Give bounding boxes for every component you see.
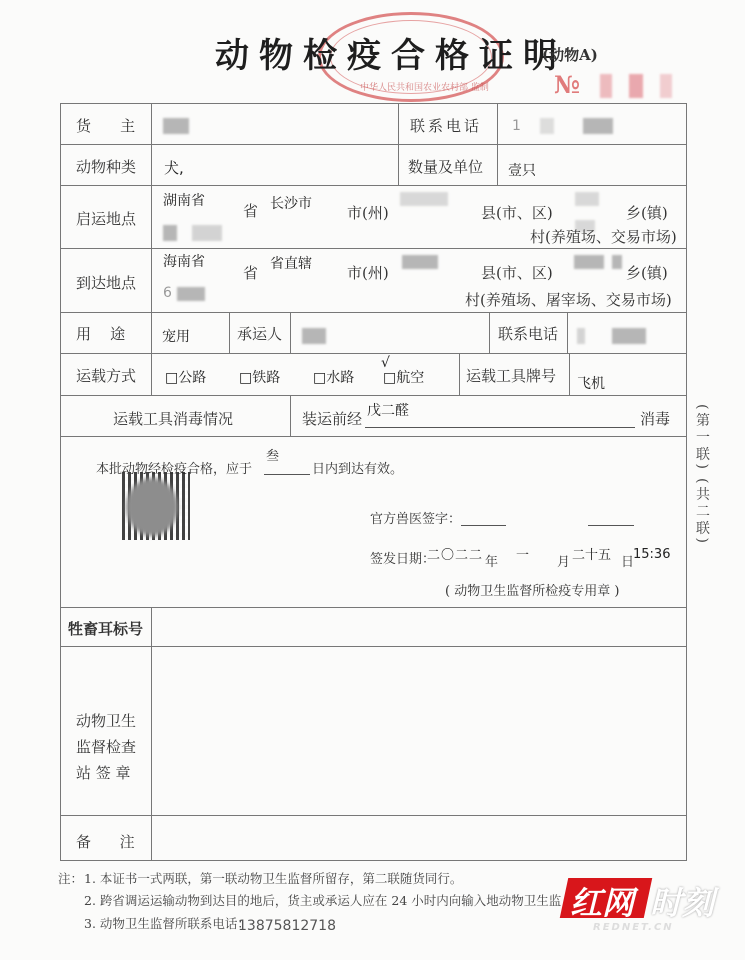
- col-divider: [497, 103, 498, 185]
- disinfection-label: 运载工具消毒情况: [113, 408, 233, 429]
- note-item: 3. 动物卫生监督所联系电话：: [84, 914, 250, 932]
- document-title: 动物检疫合格证明: [215, 28, 567, 77]
- vehicle-plate-value: 飞机: [577, 373, 605, 393]
- destination-town-redacted: [574, 255, 604, 269]
- note-item: 1. 本证书一式两联，第一联动物卫生监督所留存，第二联随货同行。: [84, 869, 462, 887]
- issue-date-label: 签发日期：: [370, 548, 435, 567]
- contact-phone-redacted: [583, 118, 613, 134]
- owner-value-redacted: [163, 118, 189, 134]
- disinfection-prefix: 装运前经: [302, 408, 362, 429]
- watermark-logo-red-text: 红网: [570, 878, 634, 924]
- col-divider: [229, 312, 230, 353]
- transport-option-road[interactable]: □公路: [165, 367, 206, 387]
- certificate-number-redacted: [600, 74, 612, 98]
- destination-city-suffix: 市(州): [347, 262, 389, 283]
- document-subtitle: (动物A): [542, 44, 598, 65]
- purpose-value: 宠用: [162, 326, 190, 346]
- certificate-number-redacted: [629, 74, 643, 98]
- row-divider: [60, 395, 687, 396]
- issue-day-value: 二十五: [572, 544, 611, 563]
- transport-mode-label: 运载方式: [76, 365, 136, 386]
- col-divider: [489, 312, 490, 353]
- certification-text-after: 日内到达有效。: [312, 458, 403, 477]
- carrier-value-redacted: [302, 328, 326, 344]
- carrier-phone-label: 联系电话: [498, 323, 558, 344]
- watermark-logo-sub: REDNET.CN: [593, 922, 674, 933]
- destination-village-suffix: 村(养殖场、屠宰场、交易市场): [465, 289, 672, 310]
- col-divider: [398, 103, 399, 185]
- checkpoint-label-line: 监督检查: [76, 734, 136, 760]
- transport-option-water[interactable]: □水路: [313, 367, 354, 387]
- quantity-label: 数量及单位: [408, 156, 483, 177]
- owner-label: 货 主: [76, 115, 137, 136]
- origin-city-suffix: 市(州): [347, 202, 389, 223]
- note-item: 2. 跨省调运运输动物到达目的地后，货主或承运人应在 24 小时内向输入地动物卫…: [84, 891, 561, 909]
- origin-town-redacted: [575, 192, 599, 206]
- col-divider: [290, 312, 291, 353]
- checkpoint-stamp-field[interactable]: [152, 647, 686, 814]
- qr-code-redacted: [126, 478, 178, 536]
- vet-signature-line-2: [588, 524, 634, 526]
- carrier-phone-redacted: [577, 328, 585, 344]
- row-divider: [60, 436, 687, 437]
- disinfectant-value: 戊二醛: [367, 400, 409, 420]
- checkpoint-label-line: 动物卫生: [76, 708, 136, 734]
- col-divider: [569, 353, 570, 395]
- origin-county-redacted: [400, 192, 448, 206]
- col-divider: [459, 353, 460, 395]
- row-divider: [60, 144, 687, 145]
- certificate-number-label: №: [554, 70, 580, 99]
- origin-label: 启运地点: [76, 208, 136, 229]
- origin-province-suffix: 省: [243, 200, 258, 221]
- total-copies-note: (共二联): [692, 478, 712, 546]
- origin-city-value: 长沙市: [270, 193, 312, 213]
- remarks-label: 备 注: [76, 831, 135, 852]
- certificate-number-redacted: [660, 74, 672, 98]
- destination-city-value: 省直辖: [270, 253, 312, 273]
- row-divider: [60, 248, 687, 249]
- checkpoint-stamp-label: 动物卫生 监督检查 站 签 章: [76, 708, 136, 786]
- issue-time-value: 15:36: [633, 547, 670, 562]
- destination-town-redacted: [612, 255, 622, 269]
- disinfection-suffix: 消毒: [640, 408, 670, 429]
- stamp-note: ( 动物卫生监督所检疫专用章 ): [445, 580, 619, 599]
- vet-signature-line: [461, 524, 506, 526]
- valid-days-underline: [264, 473, 310, 475]
- origin-province-value: 湖南省: [163, 190, 205, 210]
- row-divider: [60, 353, 687, 354]
- col-divider: [151, 103, 152, 395]
- origin-detail-redacted: [192, 225, 222, 241]
- issue-year-suffix: 年: [485, 551, 498, 570]
- copy-number-note: (第一联): [692, 404, 712, 472]
- watermark-logo-white-text: 时刻: [650, 878, 714, 924]
- carrier-label: 承运人: [237, 323, 282, 344]
- origin-detail-redacted: [163, 225, 177, 241]
- ear-tag-field[interactable]: [152, 608, 686, 645]
- species-label: 动物种类: [76, 156, 136, 177]
- species-value: 犬,: [164, 157, 184, 178]
- vet-signature-label: 官方兽医签字：: [370, 508, 461, 527]
- ear-tag-label: 牲畜耳标号: [68, 618, 143, 639]
- origin-county-suffix: 县(市、区): [481, 202, 553, 223]
- valid-days-value: 叁: [266, 445, 279, 464]
- col-divider: [567, 312, 568, 353]
- contact-phone-label: 联系电话: [410, 115, 482, 136]
- issue-month-suffix: 月: [557, 551, 570, 570]
- row-divider: [60, 312, 687, 313]
- destination-detail-prefix: 6: [163, 285, 172, 301]
- check-mark-icon: √: [381, 355, 390, 371]
- contact-phone-redacted: [540, 118, 554, 134]
- remarks-field[interactable]: [152, 816, 686, 860]
- carrier-phone-redacted: [612, 328, 646, 344]
- transport-option-rail[interactable]: □铁路: [239, 367, 280, 387]
- vehicle-plate-label: 运载工具牌号: [466, 365, 556, 386]
- issue-year-value: 二〇二二: [427, 544, 483, 563]
- purpose-label: 用 途: [76, 323, 125, 344]
- seal-text: 中华人民共和国农业农村部 监制: [360, 80, 489, 93]
- destination-province-suffix: 省: [243, 262, 258, 283]
- destination-detail-redacted: [177, 287, 205, 301]
- notes-prefix: 注：: [58, 869, 83, 887]
- col-divider: [290, 395, 291, 436]
- quantity-value: 壹只: [508, 160, 536, 180]
- checkpoint-label-line: 站 签 章: [76, 760, 136, 786]
- destination-county-suffix: 县(市、区): [481, 262, 553, 283]
- origin-village-suffix: 村(养殖场、交易市场): [530, 226, 677, 247]
- destination-town-suffix: 乡(镇): [626, 262, 668, 283]
- contact-phone-value: 1: [512, 118, 521, 134]
- destination-county-redacted: [402, 255, 438, 269]
- destination-province-value: 海南省: [163, 251, 205, 271]
- bureau-phone: 13875812718: [238, 918, 336, 934]
- row-divider: [60, 185, 687, 186]
- origin-town-suffix: 乡(镇): [626, 202, 668, 223]
- issue-month-value: 一: [516, 544, 529, 563]
- disinfection-underline: [365, 426, 635, 428]
- destination-label: 到达地点: [76, 272, 136, 293]
